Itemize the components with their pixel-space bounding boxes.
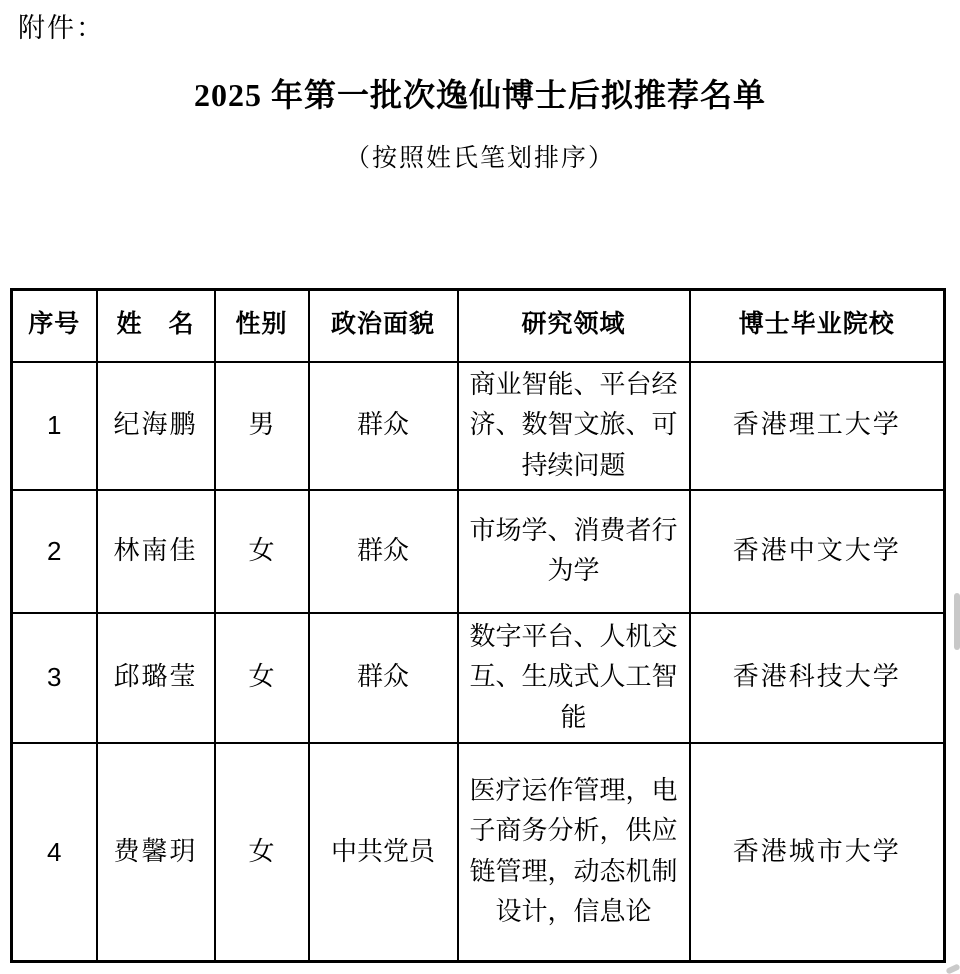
scroll-corner-artifact (945, 963, 960, 974)
cell-serial: 1 (12, 362, 97, 490)
candidates-table: 序号 姓 名 性别 政治面貌 研究领域 博士毕业院校 1 纪海鹏 男 群众 商业… (10, 288, 946, 963)
cell-phd-university: 香港科技大学 (690, 613, 945, 743)
cell-gender: 女 (215, 743, 309, 962)
table-row: 2 林南佳 女 群众 市场学、消费者行为学 香港中文大学 (12, 490, 945, 613)
cell-political-status: 群众 (309, 362, 458, 490)
table-header-row: 序号 姓 名 性别 政治面貌 研究领域 博士毕业院校 (12, 290, 945, 362)
cell-research-field: 市场学、消费者行为学 (458, 490, 690, 613)
cell-serial: 3 (12, 613, 97, 743)
cell-serial: 4 (12, 743, 97, 962)
col-header-name: 姓 名 (97, 290, 215, 362)
cell-phd-university: 香港城市大学 (690, 743, 945, 962)
cell-political-status: 群众 (309, 490, 458, 613)
cell-name: 邱璐莹 (97, 613, 215, 743)
cell-gender: 女 (215, 613, 309, 743)
page-subtitle: （按照姓氏笔划排序） (0, 138, 960, 174)
cell-serial: 2 (12, 490, 97, 613)
page-title: 2025 年第一批次逸仙博士后拟推荐名单 (0, 70, 960, 116)
cell-gender: 男 (215, 362, 309, 490)
cell-political-status: 群众 (309, 613, 458, 743)
document-page: 附件： 2025 年第一批次逸仙博士后拟推荐名单 （按照姓氏笔划排序） 序号 姓… (0, 0, 960, 974)
col-header-gender: 性别 (215, 290, 309, 362)
col-header-phd-university: 博士毕业院校 (690, 290, 945, 362)
cell-research-field: 医疗运作管理，电子商务分析，供应链管理，动态机制设计，信息论 (458, 743, 690, 962)
cell-research-field: 商业智能、平台经济、数智文旅、可持续问题 (458, 362, 690, 490)
table-row: 4 费馨玥 女 中共党员 医疗运作管理，电子商务分析，供应链管理，动态机制设计，… (12, 743, 945, 962)
cell-phd-university: 香港中文大学 (690, 490, 945, 613)
cell-phd-university: 香港理工大学 (690, 362, 945, 490)
col-header-political-status: 政治面貌 (309, 290, 458, 362)
table-row: 1 纪海鹏 男 群众 商业智能、平台经济、数智文旅、可持续问题 香港理工大学 (12, 362, 945, 490)
table-row: 3 邱璐莹 女 群众 数字平台、人机交互、生成式人工智能 香港科技大学 (12, 613, 945, 743)
scrollbar-thumb[interactable] (954, 593, 960, 650)
cell-name: 林南佳 (97, 490, 215, 613)
cell-name: 费馨玥 (97, 743, 215, 962)
col-header-serial: 序号 (12, 290, 97, 362)
cell-political-status: 中共党员 (309, 743, 458, 962)
cell-name: 纪海鹏 (97, 362, 215, 490)
col-header-research-field: 研究领域 (458, 290, 690, 362)
attachment-label: 附件： (18, 6, 105, 45)
cell-research-field: 数字平台、人机交互、生成式人工智能 (458, 613, 690, 743)
cell-gender: 女 (215, 490, 309, 613)
